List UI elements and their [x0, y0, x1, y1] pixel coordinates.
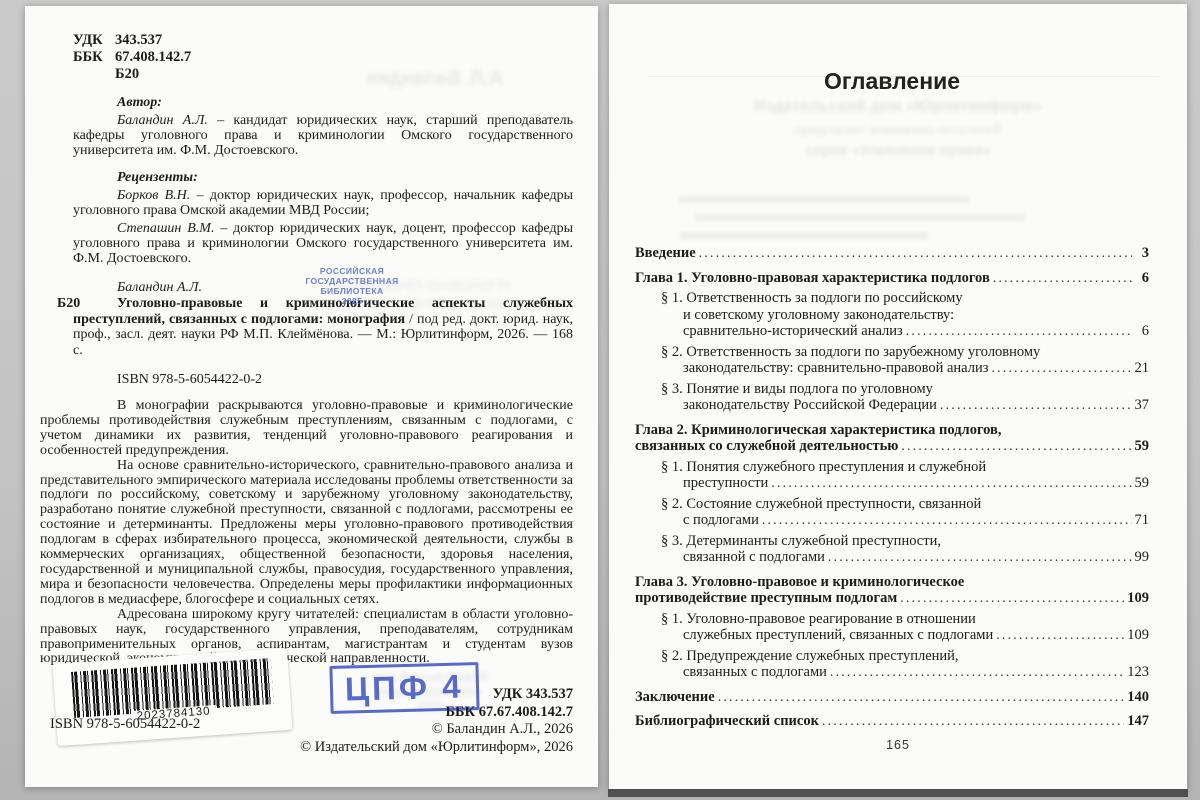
- b20-code: Б20: [115, 66, 139, 83]
- toc-page-number: 59: [1135, 438, 1150, 455]
- toc-entry-text: сравнительно-исторический анализ: [683, 323, 903, 340]
- toc-entry: § 2. Ответственность за подлоги по заруб…: [661, 344, 1149, 377]
- toc-dot-leader: [993, 270, 1132, 287]
- show-through-smudge: [679, 232, 929, 239]
- bbk-value: 67.408.142.7: [115, 49, 191, 66]
- toc-entry-last-line: связанных с подлогами 123: [683, 664, 1149, 681]
- toc-dot-leader: [996, 627, 1124, 644]
- toc-entry: § 3. Детерминанты служебной преступности…: [661, 533, 1149, 566]
- toc-dot-leader: [900, 590, 1124, 607]
- toc-entry-text: законодательству: сравнительно-правовой …: [683, 360, 988, 377]
- toc-entry-last-line: служебных преступлений, связанных с подл…: [683, 627, 1149, 644]
- toc-entry: Глава 1. Уголовно-правовая характеристик…: [635, 270, 1149, 287]
- right-page: Издательский дом «Юрлитинформ» предлагае…: [609, 4, 1187, 789]
- toc-entry-last-line: связанных со служебной деятельностью59: [635, 438, 1149, 455]
- show-through-line: предлагает вниманию читателей: [609, 122, 1187, 137]
- toc-dot-leader: [901, 438, 1131, 455]
- toc-entry-last-line: Библиографический список147: [635, 713, 1149, 730]
- toc-entry-text: Глава 1. Уголовно-правовая характеристик…: [635, 270, 990, 287]
- toc-entry-last-line: Заключение 140: [635, 689, 1149, 706]
- toc-entry-text: связанных со служебной деятельностью: [635, 438, 898, 455]
- reviewers-heading: Рецензенты:: [73, 170, 573, 185]
- show-through-smudge: [679, 196, 969, 203]
- annotation-paragraph: На основе сравнительно-исторического, ср…: [40, 459, 573, 608]
- toc-entry-text: законодательству Российской Федерации: [683, 397, 937, 414]
- toc-entry-text: преступности: [683, 475, 768, 492]
- toc-entry-line: Глава 2. Криминологическая характеристик…: [635, 422, 1149, 439]
- toc-page-number: 109: [1127, 627, 1149, 644]
- show-through-text: Издательский дом «Юрлитинформ» предлагае…: [609, 98, 1187, 159]
- toc-entry: § 1. Уголовно-правовое реагирование в от…: [661, 611, 1149, 644]
- bbk-row: ББК 67.408.142.7: [73, 49, 573, 66]
- toc-dot-leader: [771, 475, 1131, 492]
- bbk-label: ББК: [73, 49, 115, 66]
- toc-dot-leader: [828, 549, 1132, 566]
- toc-page-number: 109: [1127, 590, 1149, 607]
- library-stamp-line: 2025: [277, 296, 427, 306]
- toc-entry-text: Введение: [635, 245, 696, 262]
- b20-spacer: [73, 66, 115, 83]
- toc-entry: Глава 2. Криминологическая характеристик…: [635, 422, 1149, 455]
- toc-entry-line: § 2. Предупреждение служебных преступлен…: [661, 648, 1149, 665]
- toc-entry-last-line: законодательству: сравнительно-правовой …: [683, 360, 1149, 377]
- toc-entry: Библиографический список147: [635, 713, 1149, 730]
- toc-entry-line: § 2. Ответственность за подлоги по заруб…: [661, 344, 1149, 361]
- toc-page-number: 6: [1135, 270, 1149, 287]
- toc-entry-last-line: связанной с подлогами99: [683, 549, 1149, 566]
- toc-entry-line: § 2. Состояние служебной преступности, с…: [661, 496, 1149, 513]
- annotation-paragraph: В монографии раскрываются уголовно-право…: [40, 399, 573, 459]
- toc-dot-leader: [991, 360, 1131, 377]
- toc-entry-line: § 1. Уголовно-правовое реагирование в от…: [661, 611, 1149, 628]
- toc-entry: § 1. Ответственность за подлоги по росси…: [661, 290, 1149, 340]
- toc-page-number: 123: [1127, 664, 1149, 681]
- toc-entry-line: § 1. Понятия служебного преступления и с…: [661, 459, 1149, 476]
- toc-entry-last-line: Глава 1. Уголовно-правовая характеристик…: [635, 270, 1149, 287]
- author-paragraph: Баландин А.Л. – кандидат юридических нау…: [73, 113, 573, 158]
- toc-page-number: 37: [1135, 397, 1150, 414]
- toc-title: Оглавление: [635, 68, 1149, 95]
- library-stamp-line: БИБЛИОТЕКА: [277, 286, 427, 296]
- toc-entry-line: и советскому уголовному законодательству…: [683, 307, 1149, 324]
- toc-entry-last-line: сравнительно-исторический анализ6: [683, 323, 1149, 340]
- udk-bbk-block: УДК 343.537 ББК 67.408.142.7 Б20: [73, 32, 573, 83]
- toc-page-number: 71: [1135, 512, 1150, 529]
- library-stamp-line: ГОСУДАРСТВЕННАЯ: [277, 276, 427, 286]
- isbn-line: ISBN 978-5-6054422-0-2: [73, 372, 573, 387]
- b20-row: Б20: [73, 66, 573, 83]
- toc-list: Введение3Глава 1. Уголовно-правовая хара…: [635, 245, 1149, 730]
- toc-entry-last-line: противодействие преступным подлогам109: [635, 590, 1149, 607]
- toc-entry-text: с подлогами: [683, 512, 759, 529]
- udk-label: УДК: [73, 32, 115, 49]
- toc-page-number: 6: [1135, 323, 1149, 340]
- toc-entry-text: Заключение: [635, 689, 715, 706]
- left-page: А.Л. Баландин УГОЛОВНО-ПРАВОВЫЕ И КРИМИН…: [25, 6, 598, 787]
- reviewer2-paragraph: Степашин В.М. – доктор юридических наук,…: [73, 221, 573, 266]
- toc-entry: § 2. Предупреждение служебных преступлен…: [661, 648, 1149, 681]
- toc-page-number: 3: [1135, 245, 1149, 262]
- toc-dot-leader: [718, 689, 1125, 706]
- toc-page-number: 21: [1135, 360, 1150, 377]
- toc-entry-last-line: с подлогами71: [683, 512, 1149, 529]
- toc-dot-leader: [830, 664, 1124, 681]
- toc-page-number: 147: [1127, 713, 1149, 730]
- library-stamp: РОССИЙСКАЯ ГОСУДАРСТВЕННАЯ БИБЛИОТЕКА 20…: [277, 266, 427, 306]
- toc-entry-line: § 1. Ответственность за подлоги по росси…: [661, 290, 1149, 307]
- toc-entry-line: Глава 3. Уголовно-правовое и криминологи…: [635, 574, 1149, 591]
- reviewer2-name: Степашин В.М.: [117, 221, 214, 236]
- toc-dot-leader: [699, 245, 1132, 262]
- copyright-publisher: © Издательский дом «Юрлитинформ», 2026: [300, 739, 573, 757]
- toc-dot-leader: [906, 323, 1132, 340]
- show-through-line: серии «Уголовное право»: [609, 143, 1187, 159]
- toc-entry-last-line: преступности59: [683, 475, 1149, 492]
- reviewer1-paragraph: Борков В.Н. – доктор юридических наук, п…: [73, 188, 573, 218]
- toc-dot-leader: [940, 397, 1132, 414]
- toc-page-number: 99: [1135, 549, 1150, 566]
- copyright-author: © Баландин А.Л., 2026: [300, 721, 573, 739]
- toc-entry-text: служебных преступлений, связанных с подл…: [683, 627, 993, 644]
- toc-page-number: 140: [1127, 689, 1149, 706]
- toc-entry-text: противодействие преступным подлогам: [635, 590, 897, 607]
- toc-entry: § 1. Понятия служебного преступления и с…: [661, 459, 1149, 492]
- catalog-b20-code: Б20: [57, 296, 80, 312]
- udk-row: УДК 343.537: [73, 32, 573, 49]
- toc-entry-text: Библиографический список: [635, 713, 819, 730]
- show-through-line: Издательский дом «Юрлитинформ»: [609, 98, 1187, 116]
- toc-page-number: 59: [1135, 475, 1150, 492]
- show-through-smudge: [695, 214, 1025, 221]
- show-through-frame: [647, 76, 1159, 77]
- page-number: 165: [609, 738, 1187, 752]
- toc-entry: Глава 3. Уголовно-правовое и криминологи…: [635, 574, 1149, 607]
- toc-dot-leader: [762, 512, 1132, 529]
- toc-dot-leader: [822, 713, 1124, 730]
- book-edge-shadow: [608, 789, 1188, 797]
- annotation-paragraph: Адресована широкому кругу читателей: спе…: [40, 608, 573, 668]
- footer-isbn: ISBN 978-5-6054422-0-2: [50, 716, 200, 733]
- toc-entry-last-line: Введение3: [635, 245, 1149, 262]
- toc-entry: § 3. Понятие и виды подлога по уголовном…: [661, 381, 1149, 414]
- reviewer1-name: Борков В.Н.: [117, 188, 190, 203]
- toc-entry-last-line: законодательству Российской Федерации 37: [683, 397, 1149, 414]
- author-heading: Автор:: [73, 95, 573, 110]
- credits-section: Автор: Баландин А.Л. – кандидат юридичес…: [73, 95, 573, 387]
- annotation: В монографии раскрываются уголовно-право…: [40, 399, 573, 667]
- toc-entry-line: § 3. Понятие и виды подлога по уголовном…: [661, 381, 1149, 398]
- toc-entry: Заключение 140: [635, 689, 1149, 706]
- toc-entry-line: § 3. Детерминанты служебной преступности…: [661, 533, 1149, 550]
- toc-entry-text: связанных с подлогами: [683, 664, 827, 681]
- footer-right-block: УДК 343.537 ББК 67.67.408.142.7 © Баланд…: [300, 686, 573, 756]
- toc-entry: Введение3: [635, 245, 1149, 262]
- toc-entry: § 2. Состояние служебной преступности, с…: [661, 496, 1149, 529]
- toc-entry-text: связанной с подлогами: [683, 549, 825, 566]
- author-name: Баландин А.Л.: [117, 113, 208, 128]
- udk-value: 343.537: [115, 32, 162, 49]
- footer-udk: УДК 343.537: [300, 686, 573, 704]
- footer-bbk: ББК 67.67.408.142.7: [300, 704, 573, 722]
- library-stamp-line: РОССИЙСКАЯ: [277, 266, 427, 276]
